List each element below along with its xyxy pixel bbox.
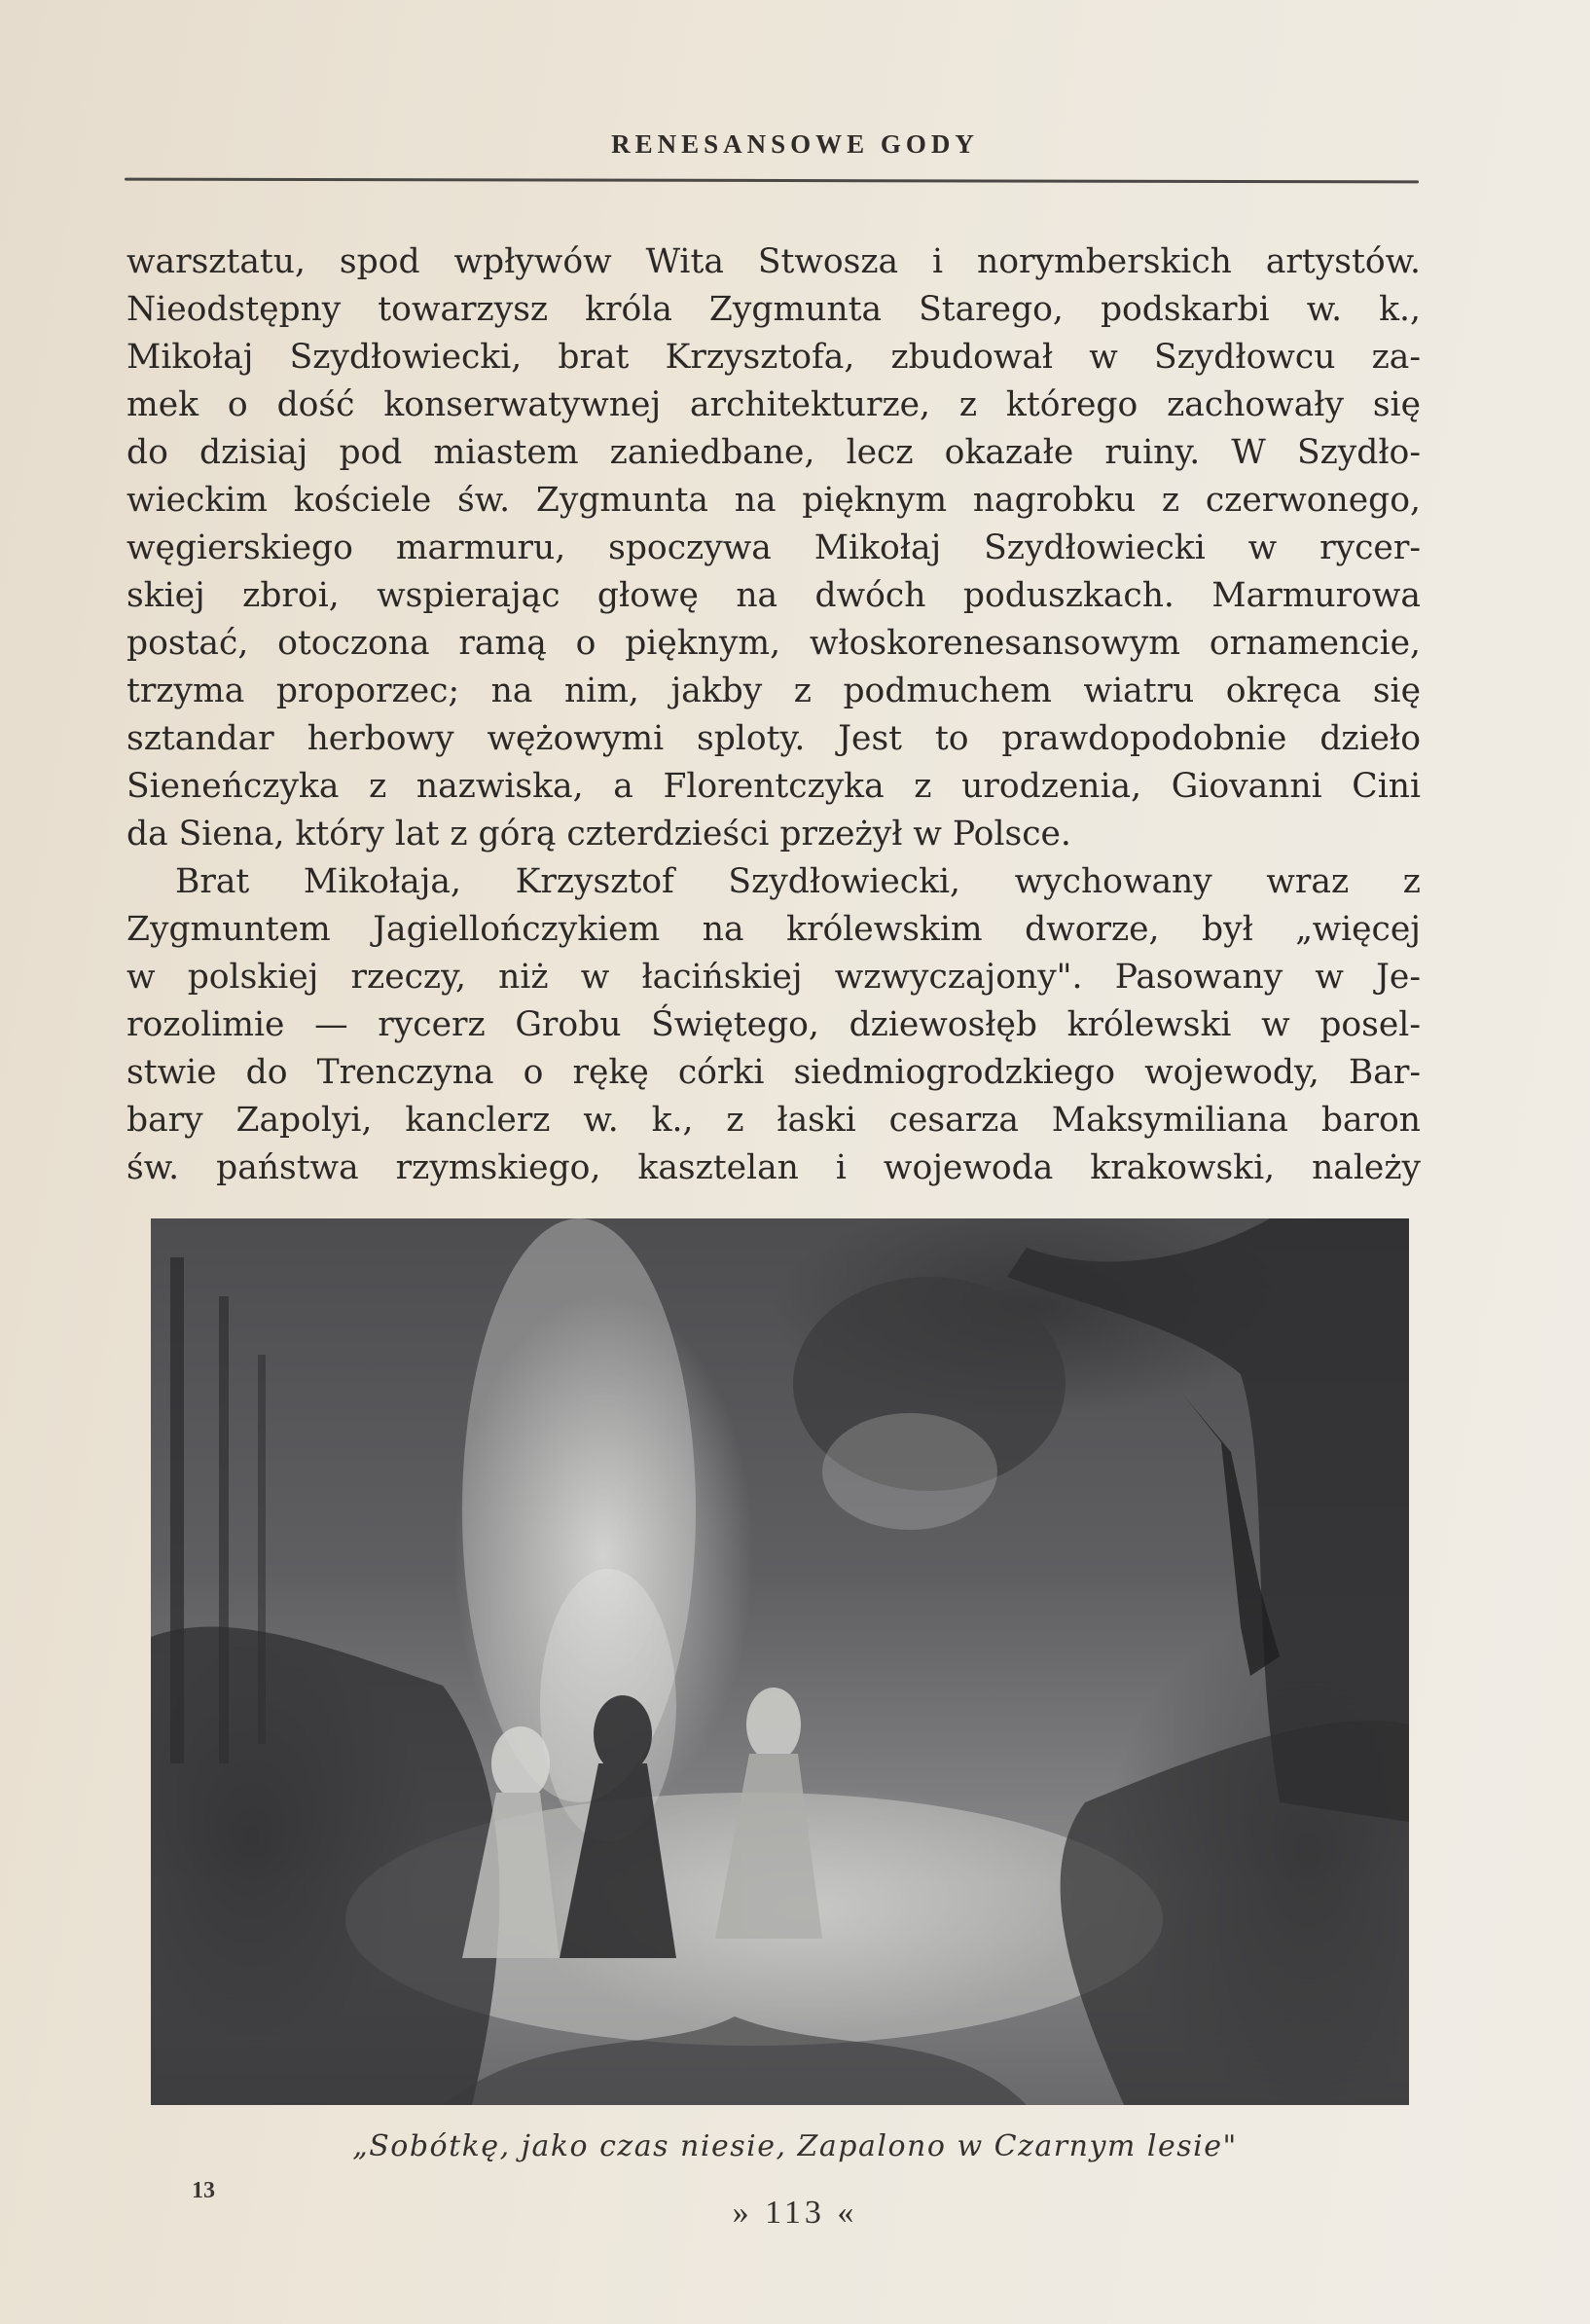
text-line: w polskiej rzeczy, niż w łacińskiej wzwy… — [126, 954, 1421, 1001]
illustration-caption: „Sobótkę, jako czas niesie, Zapalono w C… — [0, 2129, 1590, 2163]
book-page: RENESANSOWE GODY warsztatu, spod wpływów… — [0, 0, 1590, 2324]
text-line: postać, otoczona ramą o pięknym, włoskor… — [126, 620, 1421, 668]
text-line: sztandar herbowy wężowymi sploty. Jest t… — [126, 715, 1421, 763]
text-line: skiej zbroi, wspierając głowę na dwóch p… — [126, 572, 1421, 620]
engraving-scene-icon — [151, 1218, 1409, 2105]
text-line: bary Zapolyi, kanclerz w. k., z łaski ce… — [126, 1097, 1421, 1144]
text-line: wieckim kościele św. Zygmunta na pięknym… — [126, 477, 1421, 525]
page-number: » 113 « — [0, 2195, 1590, 2232]
text-line: stwie do Trenczyna o rękę córki siedmiog… — [126, 1049, 1421, 1097]
engraving-image — [151, 1218, 1409, 2105]
text-line: węgierskiego marmuru, spoczywa Mikołaj S… — [126, 525, 1421, 572]
running-head: RENESANSOWE GODY — [0, 129, 1590, 160]
text-line: Zygmuntem Jagiellończykiem na królewskim… — [126, 906, 1421, 954]
header-rule-divider — [125, 178, 1419, 184]
text-line: św. państwa rzymskiego, kasztelan i woje… — [126, 1144, 1421, 1192]
text-line: warsztatu, spod wpływów Wita Stwosza i n… — [126, 238, 1421, 286]
paragraph-end-line: da Siena, który lat z górą czterdzieści … — [126, 811, 1421, 858]
text-line: do dzisiaj pod miastem zaniedbane, lecz … — [126, 429, 1421, 477]
text-line: rozolimie — rycerz Grobu Świętego, dziew… — [126, 1001, 1421, 1049]
text-line: Nieodstępny towarzysz króla Zygmunta Sta… — [126, 286, 1421, 334]
paragraph-start-line: Brat Mikołaja, Krzysztof Szydłowiecki, w… — [126, 858, 1421, 906]
text-line: mek o dość konserwatywnej architekturze,… — [126, 381, 1421, 429]
text-line: Sieneńczyka z nazwiska, a Florentczyka z… — [126, 763, 1421, 811]
text-line: Mikołaj Szydłowiecki, brat Krzysztofa, z… — [126, 334, 1421, 381]
body-text: warsztatu, spod wpływów Wita Stwosza i n… — [126, 238, 1421, 1192]
text-line: trzyma proporzec; na nim, jakby z podmuc… — [126, 668, 1421, 715]
